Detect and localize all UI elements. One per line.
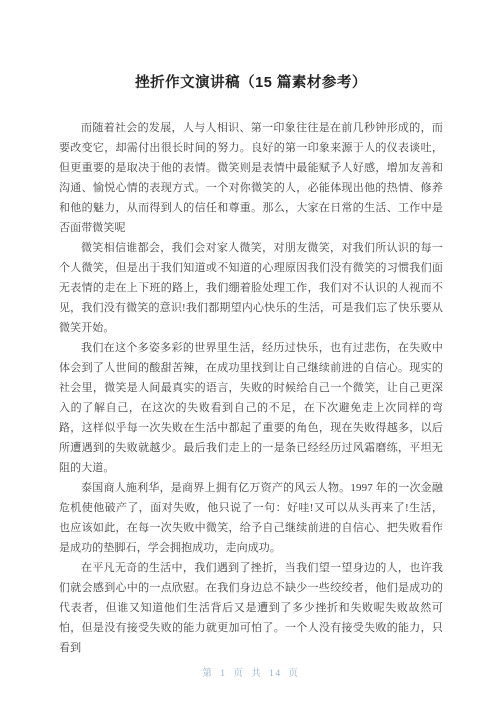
paragraph: 泰国商人施利华，是商界上拥有亿万资产的风云人物。1997 年的一次金融危机使他破… — [59, 478, 443, 558]
paragraph: 而随着社会的发展，人与人相识、第一印象往往是在前几秒钟形成的，而要改变它，却需付… — [59, 118, 443, 238]
document-body: 而随着社会的发展，人与人相识、第一印象往往是在前几秒钟形成的，而要改变它，却需付… — [59, 118, 443, 658]
paragraph: 我们在这个多姿多彩的世界里生活，经历过快乐，也有过悲伤，在失败中体会到了人世间的… — [59, 338, 443, 478]
document-title: 挫折作文演讲稿（15 篇素材参考） — [59, 73, 443, 94]
paragraph: 微笑相信谁都会，我们会对家人微笑，对朋友微笑，对我们所认识的每一个人微笑，但是出… — [59, 238, 443, 338]
document-page: 挫折作文演讲稿（15 篇素材参考） 而随着社会的发展，人与人相识、第一印象往往是… — [0, 0, 500, 707]
page-number-indicator: 第 1 页 共 14 页 — [202, 669, 299, 679]
paragraph: 在平凡无奇的生活中，我们遇到了挫折，当我们望一望身边的人，也许我们就会感到心中的… — [59, 558, 443, 658]
page-footer: 第 1 页 共 14 页 — [59, 668, 443, 680]
